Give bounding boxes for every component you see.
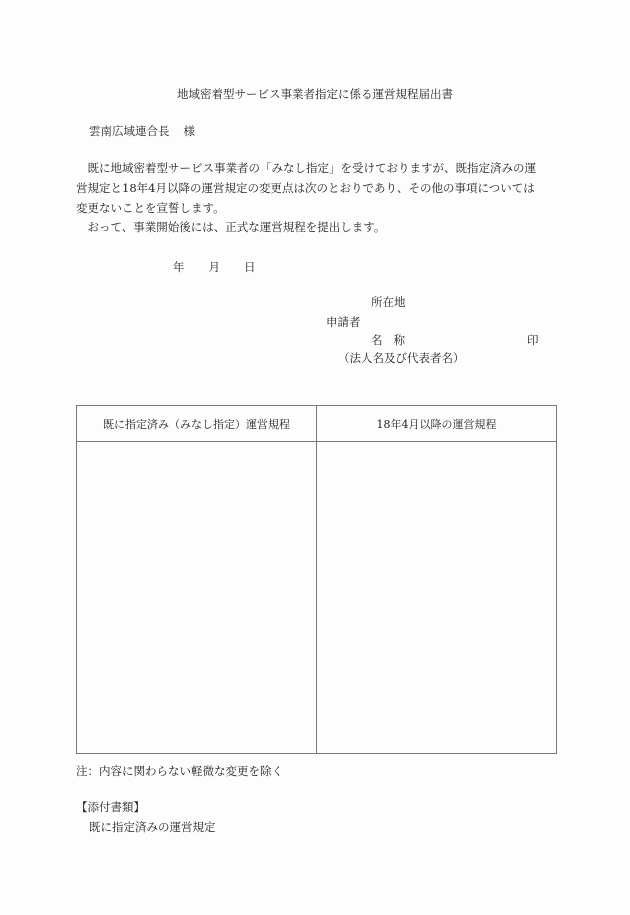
comparison-table: 既に指定済み（みなし指定）運営規程 18年4月以降の運営規程 [76, 405, 557, 754]
body-paragraph-line: 既に地域密着型サービス事業者の「みなし指定」を受けておりますが、既指定済みの運 [76, 163, 556, 175]
seal-mark: 印 [527, 335, 539, 347]
table-row [77, 442, 557, 754]
representative-note: （法人名及び代表者名） [338, 353, 465, 365]
table-cell-new[interactable] [317, 442, 557, 754]
body-paragraph-line: おって、事業開始後には、正式な運営規程を提出します。 [76, 222, 556, 234]
body-paragraph-line: 営規定と18年4月以降の運営規定の変更点は次のとおりであり、その他の事項について… [76, 183, 556, 195]
table-header-existing: 既に指定済み（みなし指定）運営規程 [77, 406, 317, 442]
document-title: 地域密着型サービス事業者指定に係る運営規程届出書 [0, 89, 630, 101]
honorific: 様 [184, 124, 196, 138]
date-month: 月 [209, 262, 221, 274]
attachments-heading: 【添付書類】 [76, 802, 145, 814]
table-cell-existing[interactable] [77, 442, 317, 754]
table-header-new: 18年4月以降の運営規程 [317, 406, 557, 442]
body-paragraph-line: 変更ないことを宣誓します。 [76, 203, 556, 215]
location-label: 所在地 [371, 297, 406, 309]
name-label-part: 名 [371, 333, 383, 347]
footnote: 注：内容に関わらない軽微な変更を除く [76, 766, 283, 778]
attachment-item: 既に指定済みの運営規定 [89, 822, 216, 834]
addressee: 雲南広域連合長様 [89, 126, 195, 138]
name-label-part: 称 [394, 333, 406, 347]
applicant-label: 申請者 [326, 317, 361, 329]
table-header-row: 既に指定済み（みなし指定）運営規程 18年4月以降の運営規程 [77, 406, 557, 442]
date-day: 日 [244, 262, 256, 274]
addressee-name: 雲南広域連合長 [89, 124, 170, 138]
date-year: 年 [173, 262, 185, 274]
date-line: 年月日 [173, 262, 256, 274]
name-label: 名称 [371, 335, 405, 347]
